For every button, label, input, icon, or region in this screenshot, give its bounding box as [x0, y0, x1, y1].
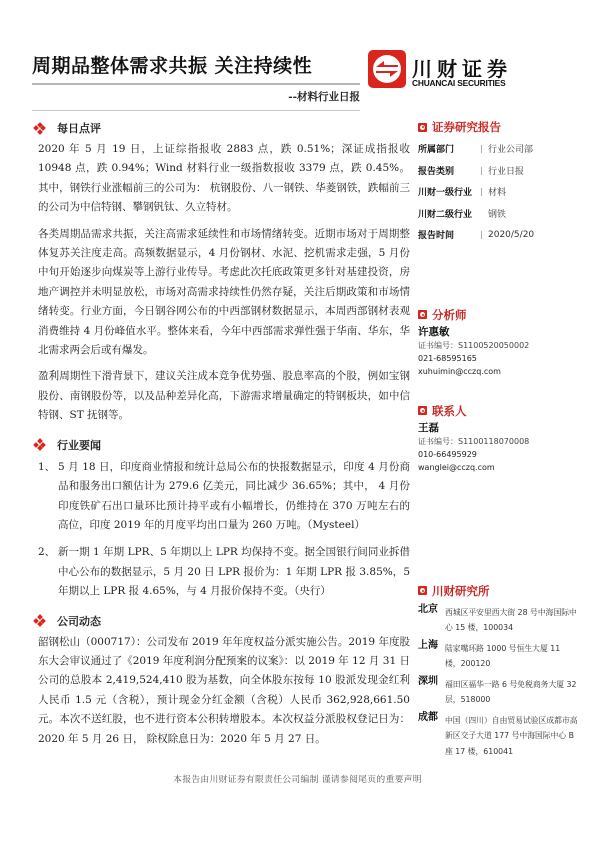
- office-chengdu: 成都 中国（四川）自由贸易试验区成都市高新区交子大道 177 号中海国际中心 B…: [418, 711, 578, 760]
- logo-english-name: CHUANCAI SECURITIES: [412, 78, 505, 88]
- section-title: 行业要闻: [57, 437, 101, 453]
- logo-mark-icon: [368, 50, 406, 88]
- meta-label: 川财一级行业: [418, 185, 480, 198]
- institute-header: 川财研究所: [418, 582, 578, 600]
- target-square-icon: [418, 310, 427, 319]
- company-logo: 川财证券 CHUANCAI SECURITIES: [368, 50, 556, 90]
- section-title: 每日点评: [57, 120, 101, 136]
- office-address: 西城区平安里西大街 28 号中海国际中心 15 楼，100034: [445, 603, 578, 636]
- office-city: 深圳: [418, 675, 445, 708]
- analyst-email[interactable]: xuhuimin@cczq.com: [418, 365, 578, 378]
- section-daily-review-header: 每日点评: [34, 118, 410, 138]
- news-number: 1、: [38, 458, 58, 536]
- analyst-header: 分析师: [418, 306, 578, 324]
- target-square-icon: [418, 406, 427, 415]
- meta-separator: |: [480, 144, 488, 153]
- diamond-bullet-icon: [34, 615, 45, 626]
- news-number: 2、: [38, 543, 58, 601]
- sidebar-section-title: 分析师: [432, 307, 467, 323]
- section-title: 公司动态: [57, 613, 101, 629]
- office-city: 成都: [418, 711, 445, 760]
- office-shanghai: 上海 陆家嘴环路 1000 号恒生大厦 11 楼，200120: [418, 639, 578, 672]
- diamond-bullet-icon: [34, 123, 45, 134]
- meta-separator: |: [480, 166, 488, 175]
- title-divider: [32, 83, 360, 85]
- meta-row: 报告类别 | 行业日报: [418, 160, 578, 182]
- target-square-icon: [418, 586, 427, 595]
- office-address: 福田区福华一路 6 号免税商务大厦 32 层，518000: [445, 675, 578, 708]
- contact-email[interactable]: wanglei@cczq.com: [418, 461, 578, 474]
- meta-row: 所属部门 | 行业公司部: [418, 138, 578, 160]
- analyst-name: 许惠敏: [418, 325, 578, 339]
- meta-label: 所属部门: [418, 142, 480, 155]
- analyst-cert: 证书编号：S1100520050002: [418, 339, 578, 352]
- analyst-block: 分析师 许惠敏 证书编号：S1100520050002 021-68595165…: [418, 306, 578, 378]
- news-text: 新一期 1 年期 LPR、5 年期以上 LPR 均保持不变。据全国银行间同业拆借…: [58, 543, 410, 601]
- report-meta: 所属部门 | 行业公司部 报告类别 | 行业日报 川财一级行业 | 材料 川财二…: [418, 138, 578, 246]
- office-city: 北京: [418, 603, 445, 636]
- contact-header: 联系人: [418, 402, 578, 420]
- meta-value: 行业公司部: [488, 142, 533, 155]
- sidebar-section-title: 证券研究报告: [432, 119, 501, 135]
- institute-block: 川财研究所 北京 西城区平安里西大街 28 号中海国际中心 15 楼，10003…: [418, 582, 578, 760]
- report-info-header: 证券研究报告: [418, 118, 578, 136]
- sidebar-section-title: 联系人: [432, 403, 467, 419]
- daily-review-paragraph: 盈利周期性下滑背景下，建议关注成本竞争优势强、股息率高的个股，例如宝钢股份、南钢…: [38, 367, 410, 425]
- meta-separator: |: [480, 187, 488, 196]
- section-industry-news-header: 行业要闻: [34, 435, 410, 455]
- meta-label: 报告类别: [418, 164, 480, 177]
- news-item: 1、 5 月 18 日，印度商业情报和统计总局公布的快报数据显示，印度 4 月份…: [38, 458, 410, 536]
- report-title: 周期品整体需求共振 关注持续性: [32, 51, 312, 78]
- office-shenzhen: 深圳 福田区福华一路 6 号免税商务大厦 32 层，518000: [418, 675, 578, 708]
- meta-value: 材料: [488, 185, 506, 198]
- contact-cert: 证书编号：S1100118070008: [418, 435, 578, 448]
- meta-label: 报告时间: [418, 228, 480, 241]
- meta-row: 川财二级行业 钢铁: [418, 203, 578, 225]
- sidebar: 证券研究报告 所属部门 | 行业公司部 报告类别 | 行业日报 川财一级行业 |…: [418, 118, 578, 759]
- section-company-news-header: 公司动态: [34, 611, 410, 631]
- contact-name: 王磊: [418, 421, 578, 435]
- meta-row: 报告时间 | 2020/5/20: [418, 224, 578, 246]
- news-item: 2、 新一期 1 年期 LPR、5 年期以上 LPR 均保持不变。据全国银行间同…: [38, 543, 410, 601]
- office-address: 中国（四川）自由贸易试验区成都市高新区交子大道 177 号中海国际中心 B 座 …: [445, 711, 578, 760]
- main-content: 每日点评 2020 年 5 月 19 日，上证综指报收 2883 点，跌 0.5…: [38, 118, 410, 749]
- meta-value: 行业日报: [488, 164, 524, 177]
- diamond-bullet-icon: [34, 439, 45, 450]
- office-city: 上海: [418, 639, 445, 672]
- subtitle-divider: [32, 110, 360, 111]
- contact-block: 联系人 王磊 证书编号：S1100118070008 010-66495929 …: [418, 402, 578, 474]
- office-beijing: 北京 西城区平安里西大街 28 号中海国际中心 15 楼，100034: [418, 603, 578, 636]
- target-square-icon: [418, 123, 427, 132]
- report-subtitle: --材料行业日报: [285, 89, 360, 104]
- sidebar-section-title: 川财研究所: [432, 583, 490, 599]
- footer-disclaimer: 本报告由川财证券有限责任公司编制 谨请参阅尾页的重要声明: [0, 772, 595, 785]
- analyst-phone: 021-68595165: [418, 352, 578, 365]
- meta-separator: |: [480, 230, 488, 239]
- office-address: 陆家嘴环路 1000 号恒生大厦 11 楼，200120: [445, 639, 578, 672]
- meta-label: 川财二级行业: [418, 207, 480, 220]
- meta-row: 川财一级行业 | 材料: [418, 181, 578, 203]
- daily-review-paragraph: 2020 年 5 月 19 日，上证综指报收 2883 点，跌 0.51%；深证…: [38, 140, 410, 218]
- daily-review-paragraph: 各类周期品需求共振，关注高需求延续性和市场情绪转变。近期市场对于周期整体复苏关注…: [38, 225, 410, 361]
- news-text: 5 月 18 日，印度商业情报和统计总局公布的快报数据显示，印度 4 月份商品和…: [58, 458, 410, 536]
- meta-value: 2020/5/20: [488, 230, 534, 240]
- meta-value: 钢铁: [488, 207, 506, 220]
- contact-phone: 010-66495929: [418, 448, 578, 461]
- company-news-paragraph: 韶钢松山（000717）：公司发布 2019 年年度权益分派实施公告。2019 …: [38, 633, 410, 749]
